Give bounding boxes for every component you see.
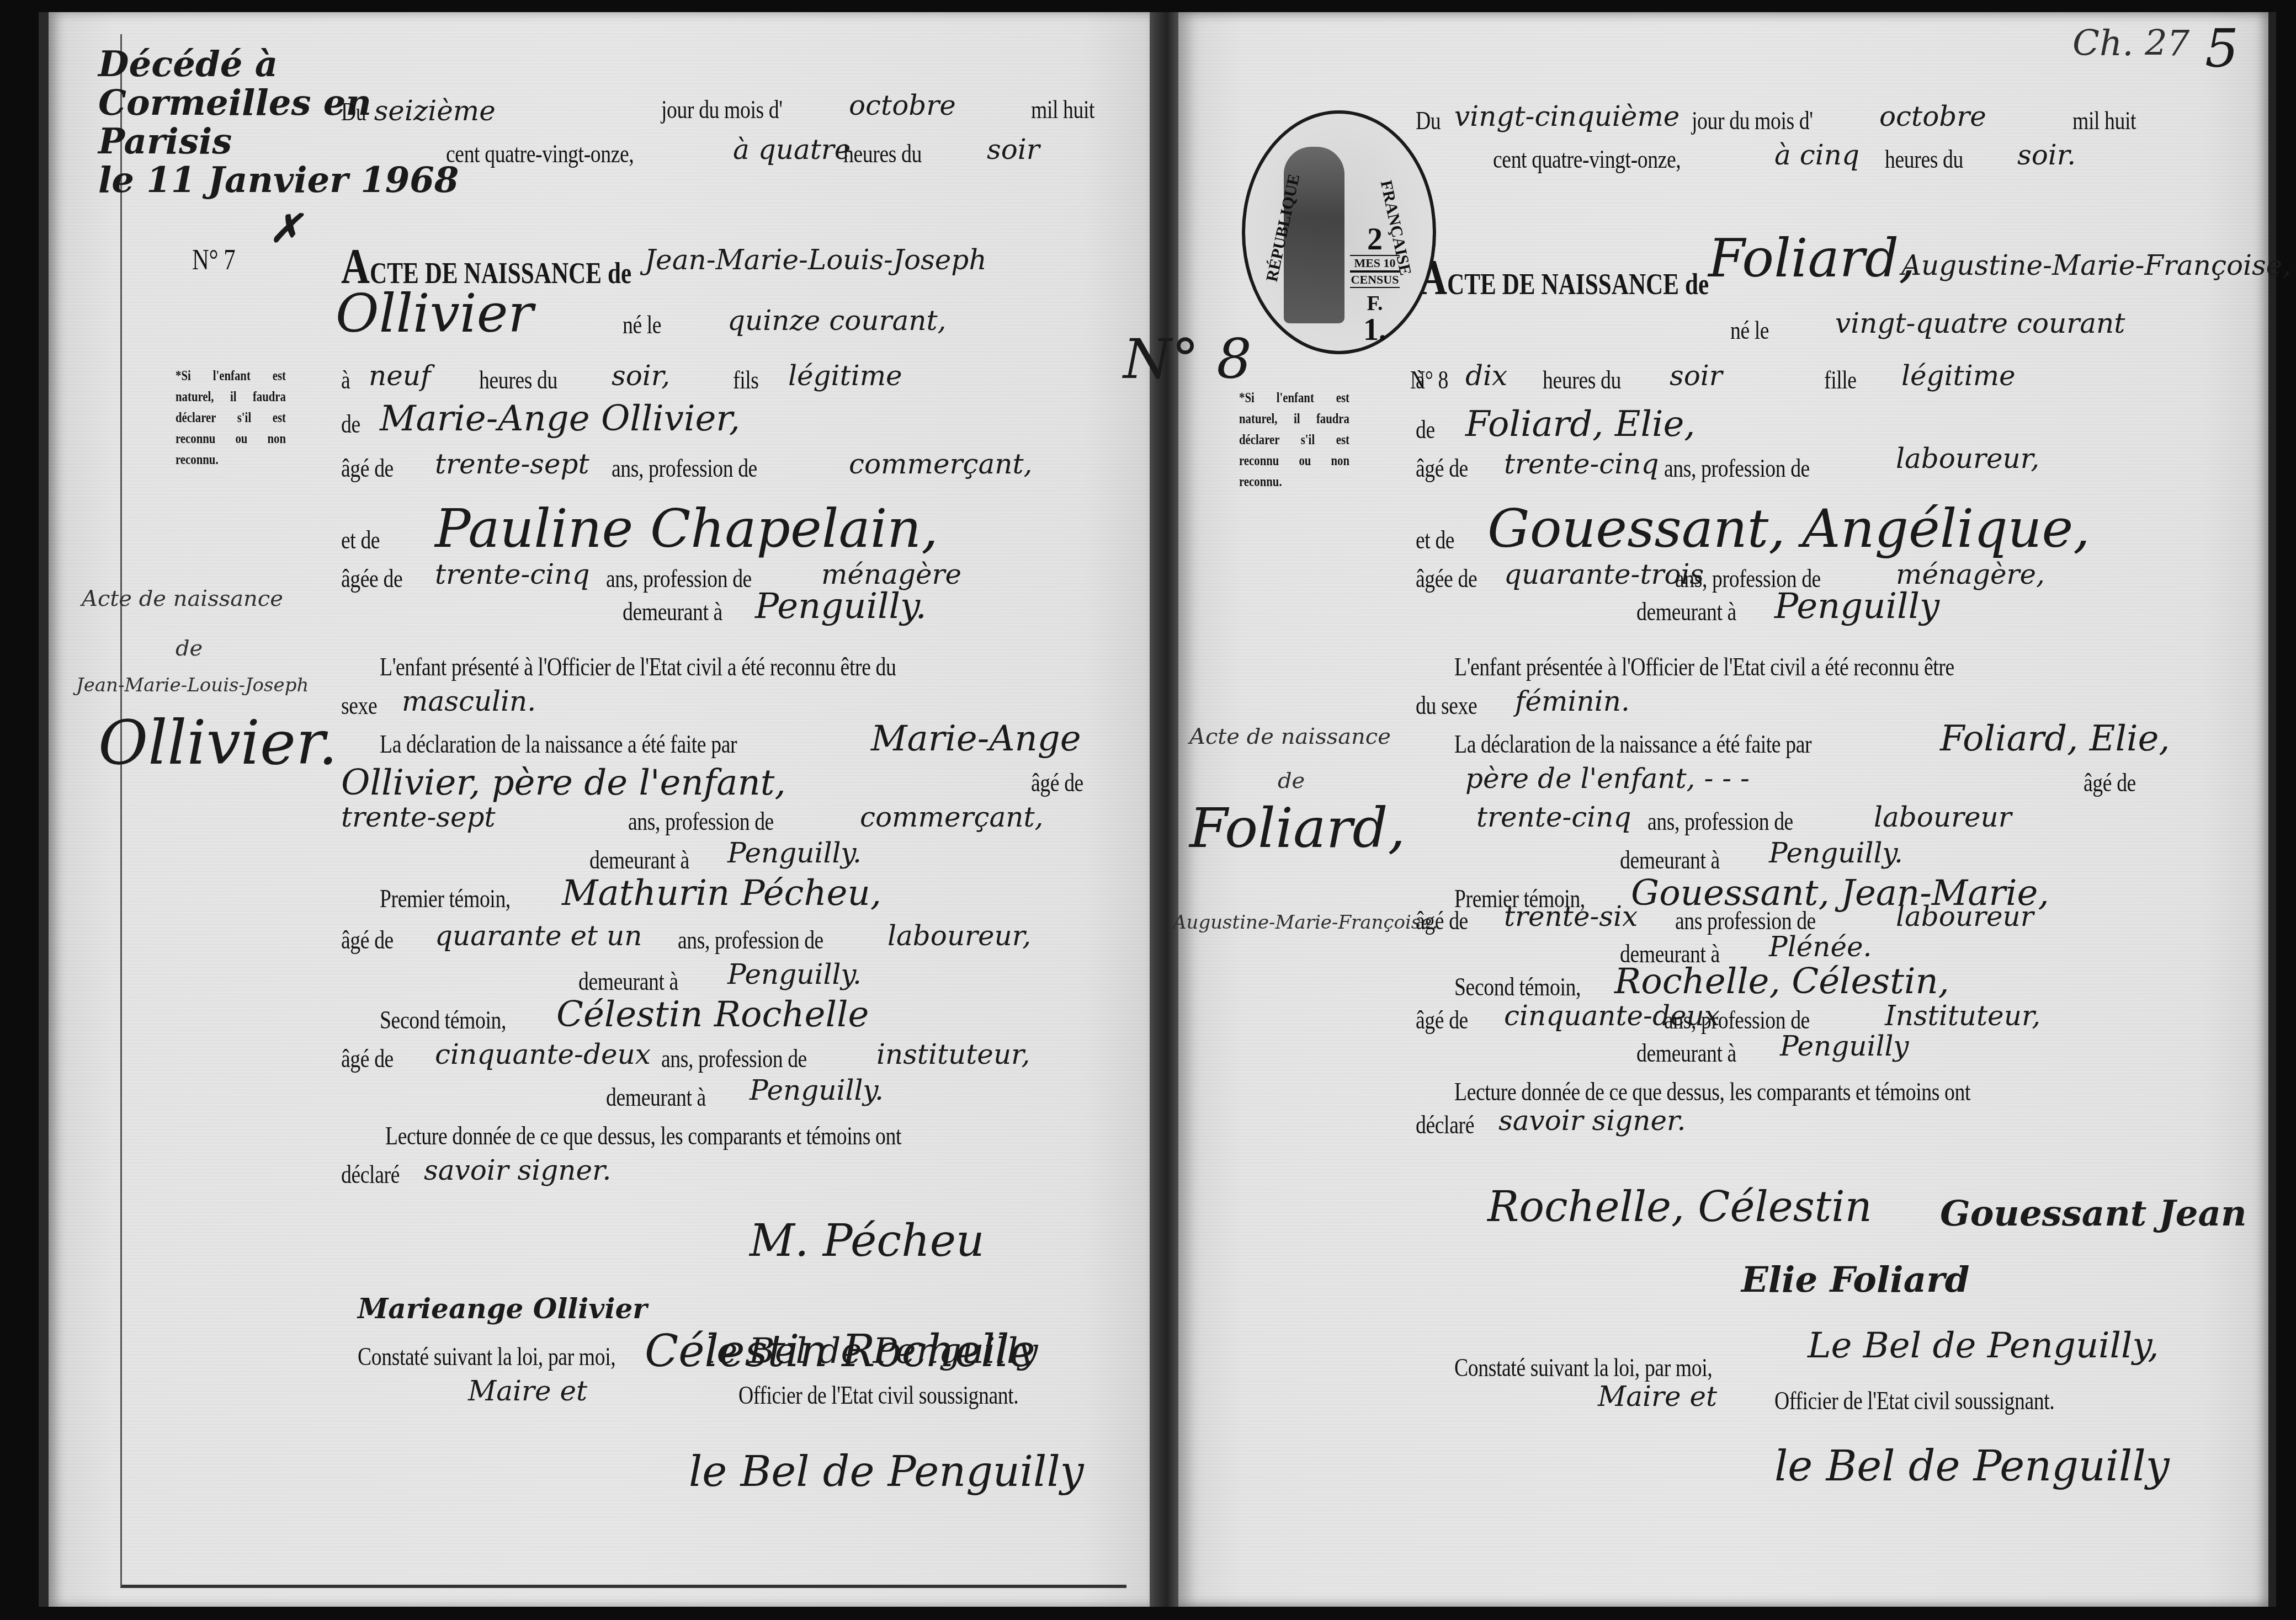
- witness1-age: quarante et un: [435, 920, 642, 952]
- acte-title: ACTE DE NAISSANCE de: [1418, 249, 1709, 306]
- father-name: Marie-Ange Ollivier,: [380, 398, 740, 439]
- mayor-signature: le Bel de Penguilly: [689, 1447, 1084, 1496]
- birth-hour: dix: [1465, 360, 1507, 392]
- father-name: Foliard, Elie,: [1465, 404, 1696, 445]
- flourish-mark: ✗: [269, 205, 302, 251]
- legitimacy-value: légitime: [788, 360, 902, 392]
- margin-summary-title: Acte de naissance: [82, 586, 283, 611]
- margin-summary-surname: Ollivier.: [98, 707, 338, 778]
- margin-summary-title: Acte de naissance: [1189, 724, 1391, 749]
- witness1-profession: laboureur,: [887, 920, 1031, 952]
- sex-value: féminin.: [1515, 685, 1630, 717]
- officer-name: le Bel de Penguilly: [705, 1331, 1038, 1372]
- father-age: trente-cinq: [1504, 448, 1659, 480]
- mother-age: quarante-trois: [1504, 558, 1704, 590]
- death-note-line: le 11 Janvier 1968: [98, 161, 459, 200]
- signature-witness1: Gouessant Jean: [1940, 1193, 2247, 1234]
- declarant-relation: père de l'enfant, - - -: [1465, 763, 1750, 795]
- parents-residence: Penguilly: [1774, 586, 1939, 627]
- margin-summary-given-names: Augustine-Marie-Françoise.: [1173, 912, 1438, 934]
- margin-summary-given-names: Jean-Marie-Louis-Joseph: [76, 674, 309, 696]
- folio-annotation: Ch. 27: [2072, 23, 2189, 64]
- witness2-name: Célestin Rochelle: [556, 994, 869, 1035]
- day-value: vingt-cinquième: [1454, 100, 1680, 132]
- witness2-profession: Instituteur,: [1885, 1000, 2040, 1032]
- witness2-profession: instituteur,: [876, 1038, 1030, 1070]
- register-spread: Décédé à Cormeilles en Parisis le 11 Jan…: [0, 0, 2296, 1620]
- acte-number: N° 7: [192, 244, 235, 276]
- mother-name: Pauline Chapelain,: [435, 498, 938, 559]
- mother-name: Gouessant, Angélique,: [1487, 498, 2090, 559]
- mayor-signature: le Bel de Penguilly: [1774, 1441, 2170, 1490]
- birth-day: quinze courant,: [727, 305, 946, 337]
- stamp-value: 2 MES 10 CENSUS F. 1.: [1350, 224, 1400, 344]
- month-value: octobre: [1879, 100, 1986, 132]
- sex-value: masculin.: [402, 685, 536, 717]
- signature-witness1: M. Pécheu: [750, 1215, 985, 1266]
- death-note-line: Parisis: [98, 122, 459, 161]
- footnote: *Si l'enfant est naturel, il faudra décl…: [176, 365, 286, 470]
- signature-declarant: Marieange Ollivier: [358, 1292, 647, 1325]
- witness1-age: trente-six: [1504, 900, 1638, 932]
- birth-day: vingt-quatre courant: [1835, 307, 2125, 339]
- declarant-age: trente-sept: [341, 801, 496, 833]
- signature-witness2: Rochelle, Célestin: [1487, 1182, 1872, 1231]
- birth-hour: neuf: [369, 360, 431, 392]
- day-value: seizième: [374, 95, 496, 127]
- father-profession: laboureur,: [1896, 443, 2039, 475]
- left-page: Décédé à Cormeilles en Parisis le 11 Jan…: [39, 12, 1150, 1607]
- hour-value: à cinq: [1774, 139, 1859, 171]
- declared-value: savoir signer.: [1498, 1105, 1686, 1137]
- footnote: *Si l'enfant est naturel, il faudra décl…: [1239, 387, 1349, 492]
- signature-declarant: Elie Foliard: [1741, 1259, 1970, 1301]
- witness1-name: Mathurin Pécheu,: [562, 873, 881, 914]
- father-profession: commerçant,: [849, 448, 1032, 480]
- witness1-profession: laboureur: [1896, 900, 2034, 932]
- hour-value: à quatre: [733, 134, 851, 166]
- legitimacy-value: légitime: [1901, 360, 2016, 392]
- tax-stamp: RÉPUBLIQUE FRANÇAISE 2 MES 10 CENSUS F. …: [1242, 110, 1436, 354]
- death-note-line: Décédé à: [98, 45, 459, 84]
- justice-figure-icon: [1284, 147, 1344, 323]
- acte-number-handwritten: N° 8: [1123, 327, 1252, 391]
- father-age: trente-sept: [435, 448, 589, 480]
- declarant-profession: laboureur: [1874, 801, 2012, 833]
- page-number: 5: [2205, 18, 2239, 79]
- declared-value: savoir signer.: [424, 1154, 611, 1186]
- witness2-age: cinquante-deux: [435, 1038, 651, 1070]
- officer-name: Le Bel de Penguilly,: [1808, 1325, 2159, 1366]
- child-given-names: Augustine-Marie-Françoise,: [1901, 249, 2291, 281]
- month-value: octobre: [849, 89, 956, 121]
- witness2-name: Rochelle, Célestin,: [1614, 961, 1949, 1002]
- declarant-age: trente-cinq: [1476, 801, 1631, 833]
- margin-summary-surname: Foliard,: [1189, 796, 1405, 860]
- date-line-1: Du seizième: [341, 95, 496, 127]
- declarant-name: Marie-Ange: [871, 718, 1081, 759]
- declarant-relation: Ollivier, père de l'enfant,: [341, 763, 786, 803]
- child-surname: Foliard,: [1708, 227, 1916, 289]
- parents-residence: Penguilly.: [755, 586, 927, 627]
- child-given-names: Jean-Marie-Louis-Joseph: [645, 244, 987, 276]
- declarant-name: Foliard, Elie,: [1940, 718, 2170, 759]
- mother-age: trente-cinq: [435, 558, 590, 590]
- declarant-profession: commerçant,: [860, 801, 1043, 833]
- child-surname: Ollivier: [336, 283, 533, 344]
